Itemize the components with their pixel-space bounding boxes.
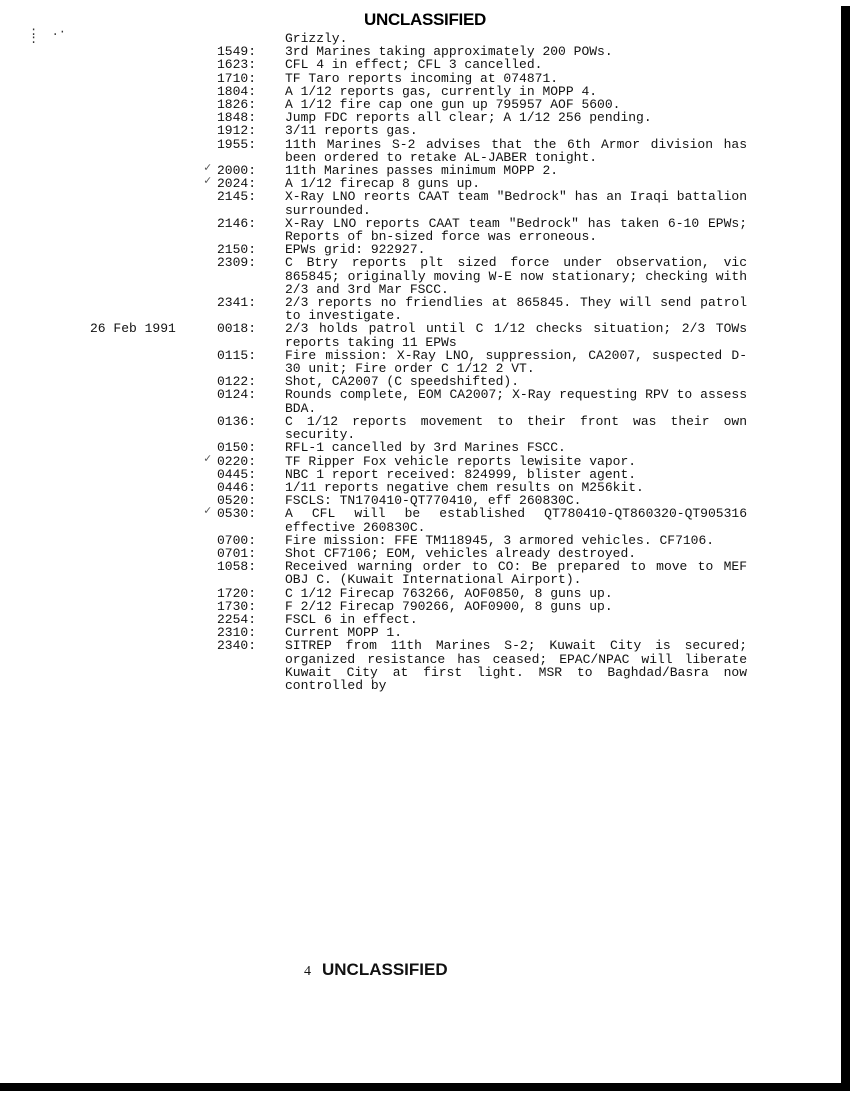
entry-text: TF Taro reports incoming at 074871. xyxy=(285,72,747,85)
entry-time: 1058: xyxy=(217,560,256,573)
log-entry: 0700:Fire mission: FFE TM118945, 3 armor… xyxy=(0,534,850,547)
entry-time: 0700: xyxy=(217,534,256,547)
log-entry: 2146:X-Ray LNO reports CAAT team "Bedroc… xyxy=(0,217,850,243)
log-entry: 0530:A CFL will be established QT780410-… xyxy=(0,507,850,533)
entry-time: 2341: xyxy=(217,296,256,309)
entry-text: NBC 1 report received: 824999, blister a… xyxy=(285,468,747,481)
entry-time: 1623: xyxy=(217,58,256,71)
log-entry: 1720:C 1/12 Firecap 763266, AOF0850, 8 g… xyxy=(0,587,850,600)
entry-time: 1720: xyxy=(217,587,256,600)
entry-text: 3/11 reports gas. xyxy=(285,124,747,137)
entry-text: 2/3 holds patrol until C 1/12 checks sit… xyxy=(285,322,747,348)
page-number: 4 xyxy=(304,964,311,980)
entry-text: 2/3 reports no friendlies at 865845. The… xyxy=(285,296,747,322)
entry-time: 0445: xyxy=(217,468,256,481)
log-entry: 1730:F 2/12 Firecap 790266, AOF0900, 8 g… xyxy=(0,600,850,613)
entry-text: Received warning order to CO: Be prepare… xyxy=(285,560,747,586)
entry-time: 0220: xyxy=(217,455,256,468)
handwritten-check-icon: ✓ xyxy=(204,453,211,466)
log-entry: 1058:Received warning order to CO: Be pr… xyxy=(0,560,850,586)
entry-text: C 1/12 Firecap 763266, AOF0850, 8 guns u… xyxy=(285,587,747,600)
entry-date: 26 Feb 1991 xyxy=(90,322,176,335)
page-footer: 4 UNCLASSIFIED xyxy=(0,960,850,984)
entry-text: X-Ray LNO reports CAAT team "Bedrock" ha… xyxy=(285,217,747,243)
log-entry: 26 Feb 19910018:2/3 holds patrol until C… xyxy=(0,322,850,348)
entry-time: 2309: xyxy=(217,256,256,269)
classification-header: UNCLASSIFIED xyxy=(0,10,850,30)
entry-time: 2146: xyxy=(217,217,256,230)
chronology-log: Grizzly.1549:3rd Marines taking approxim… xyxy=(0,32,850,692)
entry-text: Fire mission: X-Ray LNO, suppression, CA… xyxy=(285,349,747,375)
entry-text: F 2/12 Firecap 790266, AOF0900, 8 guns u… xyxy=(285,600,747,613)
entry-text: CFL 4 in effect; CFL 3 cancelled. xyxy=(285,58,747,71)
entry-text: C 1/12 reports movement to their front w… xyxy=(285,415,747,441)
log-entry: 1955:11th Marines S-2 advises that the 6… xyxy=(0,138,850,164)
entry-time: 2340: xyxy=(217,639,256,652)
entry-time: 0530: xyxy=(217,507,256,520)
entry-text: Fire mission: FFE TM118945, 3 armored ve… xyxy=(285,534,747,547)
entry-text: Rounds complete, EOM CA2007; X-Ray reque… xyxy=(285,388,747,414)
log-entry: 0150:RFL-1 cancelled by 3rd Marines FSCC… xyxy=(0,441,850,454)
log-entry: 2254:FSCL 6 in effect. xyxy=(0,613,850,626)
entry-text: X-Ray LNO reorts CAAT team "Bedrock" has… xyxy=(285,190,747,216)
handwritten-check-icon: ✓ xyxy=(204,505,211,518)
entry-text: SITREP from 11th Marines S-2; Kuwait Cit… xyxy=(285,639,747,692)
log-entry: 0445:NBC 1 report received: 824999, blis… xyxy=(0,468,850,481)
entry-time: 2145: xyxy=(217,190,256,203)
entry-text: 11th Marines S-2 advises that the 6th Ar… xyxy=(285,138,747,164)
entry-time: 0018: xyxy=(217,322,256,335)
entry-text: A CFL will be established QT780410-QT860… xyxy=(285,507,747,533)
log-entry: 1710:TF Taro reports incoming at 074871. xyxy=(0,72,850,85)
entry-time: 1912: xyxy=(217,124,256,137)
log-entry: 1912:3/11 reports gas. xyxy=(0,124,850,137)
log-entry: 0220:TF Ripper Fox vehicle reports lewis… xyxy=(0,455,850,468)
log-entry: 2309:C Btry reports plt sized force unde… xyxy=(0,256,850,296)
log-entry: 2340:SITREP from 11th Marines S-2; Kuwai… xyxy=(0,639,850,692)
entry-time: 0150: xyxy=(217,441,256,454)
log-entry: 1623:CFL 4 in effect; CFL 3 cancelled. xyxy=(0,58,850,71)
log-entry: 1848:Jump FDC reports all clear; A 1/12 … xyxy=(0,111,850,124)
scan-border-right xyxy=(841,6,850,1091)
log-entry: 2145:X-Ray LNO reorts CAAT team "Bedrock… xyxy=(0,190,850,216)
entry-time: 1955: xyxy=(217,138,256,151)
log-entry: 0136:C 1/12 reports movement to their fr… xyxy=(0,415,850,441)
handwritten-check-icon: ✓ xyxy=(204,175,211,188)
entry-time: 1730: xyxy=(217,600,256,613)
entry-text: RFL-1 cancelled by 3rd Marines FSCC. xyxy=(285,441,747,454)
log-entry: 0115:Fire mission: X-Ray LNO, suppressio… xyxy=(0,349,850,375)
entry-time: 0124: xyxy=(217,388,256,401)
classification-footer: UNCLASSIFIED xyxy=(322,960,448,980)
entry-time: 0115: xyxy=(217,349,256,362)
entry-text: C Btry reports plt sized force under obs… xyxy=(285,256,747,296)
entry-text: TF Ripper Fox vehicle reports lewisite v… xyxy=(285,455,747,468)
entry-time: 1710: xyxy=(217,72,256,85)
log-entry: 2341:2/3 reports no friendlies at 865845… xyxy=(0,296,850,322)
scan-border-bottom xyxy=(0,1083,850,1091)
entry-time: 0136: xyxy=(217,415,256,428)
log-entry: 0124:Rounds complete, EOM CA2007; X-Ray … xyxy=(0,388,850,414)
